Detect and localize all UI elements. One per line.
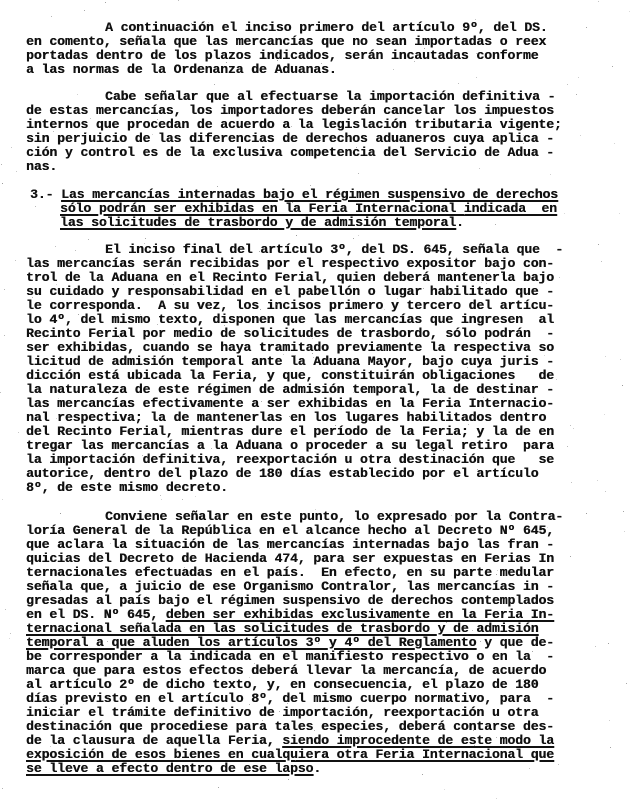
text-line: ción y control es de la exclusiva compet… — [26, 146, 554, 160]
text-segment: la naturaleza de este régimen de admisió… — [26, 382, 554, 397]
scan-noise — [148, 541, 149, 542]
scan-noise — [157, 324, 158, 325]
scan-noise — [50, 746, 51, 747]
text-line: la naturaleza de este régimen de admisió… — [26, 383, 554, 397]
scan-noise — [443, 450, 444, 451]
scan-noise — [355, 568, 356, 569]
text-line: a las normas de la Ordenanza de Aduanas. — [26, 63, 337, 77]
scan-noise — [468, 424, 469, 425]
scan-noise — [472, 673, 473, 674]
text-segment: ción y control es de la exclusiva compet… — [26, 145, 554, 160]
scan-noise — [386, 435, 387, 436]
scan-noise — [472, 630, 473, 631]
scan-noise — [491, 558, 492, 559]
scan-noise — [277, 72, 278, 73]
scan-noise — [62, 627, 63, 628]
scan-noise — [250, 218, 251, 219]
scan-noise — [110, 543, 111, 544]
scan-noise — [473, 730, 474, 731]
scan-noise — [295, 100, 296, 101]
text-segment: El inciso final del artículo 3º, del DS.… — [105, 242, 563, 257]
scan-noise — [558, 764, 559, 765]
scan-noise — [312, 338, 313, 339]
text-segment: marca que para estos efectos deberá llev… — [26, 663, 546, 678]
text-segment: dicción está ubicada la Feria, y que, co… — [26, 368, 554, 383]
scan-noise — [194, 195, 195, 196]
scan-noise — [475, 19, 476, 20]
scan-noise — [223, 530, 224, 531]
scan-noise — [31, 756, 32, 757]
scan-noise — [435, 107, 436, 108]
text-line: la importación definitiva, reexportación… — [26, 453, 554, 467]
text-segment: la importación definitiva, reexportación… — [26, 452, 554, 467]
scan-noise — [332, 253, 333, 254]
scan-noise — [299, 584, 300, 585]
scan-noise — [532, 651, 533, 652]
text-line: señala que, a juicio de ese Organismo Co… — [26, 580, 554, 594]
text-line: sin perjuicio de las diferencias de dere… — [26, 132, 554, 146]
scan-noise — [620, 359, 621, 360]
text-segment: nal respectiva; la de mantenerlas en los… — [26, 410, 546, 425]
scan-noise — [477, 469, 478, 470]
text-line: su cuidado y responsabilidad en el pabel… — [26, 285, 554, 299]
text-segment: be corresponder a la indicada en el mani… — [26, 649, 554, 664]
scan-noise — [605, 356, 606, 357]
text-segment: al artículo 2º de dicho texto, y, en con… — [26, 677, 538, 692]
text-segment: del Recinto Ferial, mientras dure el per… — [26, 424, 554, 439]
scan-noise — [211, 448, 212, 449]
scan-noise — [429, 570, 430, 571]
scan-noise — [173, 284, 174, 285]
scan-noise — [608, 643, 609, 644]
text-segment: portadas dentro de los plazos indicados,… — [26, 48, 538, 63]
scan-noise — [567, 446, 568, 447]
text-line: que aclara la situación de las mercancía… — [26, 538, 554, 552]
text-segment: lo 4º, del mismo texto, disponen que las… — [26, 312, 554, 327]
text-line: de estas mercancías, los importadores de… — [26, 104, 554, 118]
scan-noise — [60, 590, 61, 591]
scan-noise — [573, 428, 574, 429]
underlined-text: exposición de esos bienes en cualquiera … — [26, 747, 554, 762]
scan-noise — [295, 355, 296, 356]
scan-noise — [422, 774, 423, 775]
scan-noise — [290, 697, 291, 698]
scan-noise — [218, 787, 219, 788]
scan-noise — [184, 567, 185, 568]
text-segment: días previsto en el artículo 8º, del mis… — [26, 691, 554, 706]
text-line: Cabe señalar que al efectuarse la import… — [105, 90, 555, 104]
text-segment: en comento, señala que las mercancías qu… — [26, 34, 546, 49]
scan-noise — [503, 108, 504, 109]
text-line: loría General de la República en el alca… — [26, 524, 554, 538]
scan-noise — [277, 60, 278, 61]
scan-noise — [296, 431, 297, 432]
scan-noise — [61, 589, 62, 590]
text-line: en comento, señala que las mercancías qu… — [26, 35, 546, 49]
text-segment: Conviene señalar en este punto, lo expre… — [105, 509, 563, 524]
scan-noise — [523, 143, 524, 144]
scan-noise — [379, 323, 380, 324]
scan-noise — [550, 174, 551, 175]
text-segment: Cabe señalar que al efectuarse la import… — [105, 89, 555, 104]
text-line: Conviene señalar en este punto, lo expre… — [105, 510, 563, 524]
text-segment: y que de- — [476, 635, 554, 650]
text-segment: su cuidado y responsabilidad en el pabel… — [26, 284, 554, 299]
scan-noise — [288, 779, 289, 780]
scan-noise — [283, 354, 284, 355]
scan-noise — [287, 703, 288, 704]
scan-noise — [43, 337, 44, 338]
text-line: las solicitudes de trasbordo y de admisi… — [60, 216, 464, 230]
scan-noise — [261, 401, 262, 402]
underlined-text: siendo improcedente de este modo la — [282, 733, 554, 748]
scan-noise — [154, 98, 155, 99]
scanned-document-page: A continuación el inciso primero del art… — [0, 0, 630, 806]
scan-noise — [249, 704, 250, 705]
text-segment: en el DS. Nº 645, — [26, 607, 166, 622]
scan-noise — [310, 185, 311, 186]
underlined-text: sólo podrán ser exhibidas en la Feria In… — [60, 201, 557, 216]
scan-noise — [424, 48, 425, 49]
scan-noise — [107, 641, 108, 642]
scan-noise — [59, 475, 60, 476]
scan-noise — [353, 392, 354, 393]
scan-noise — [258, 229, 259, 230]
text-line: marca que para estos efectos deberá llev… — [26, 664, 546, 678]
scan-noise — [476, 77, 477, 78]
scan-noise — [63, 704, 64, 705]
scan-noise — [15, 260, 16, 261]
underlined-text: las solicitudes de trasbordo y de admisi… — [60, 215, 456, 230]
scan-noise — [609, 720, 610, 721]
scan-noise — [262, 720, 263, 721]
scan-noise — [547, 527, 548, 528]
scan-noise — [423, 226, 424, 227]
text-line: ternacionales efectuadas en el país. En … — [26, 566, 554, 580]
text-segment: A continuación el inciso primero del art… — [105, 20, 548, 35]
scan-noise — [315, 509, 316, 510]
text-segment: . — [456, 215, 464, 230]
scan-noise — [214, 84, 215, 85]
scan-noise — [68, 385, 69, 386]
scan-noise — [84, 10, 85, 11]
scan-noise — [49, 708, 50, 709]
scan-noise — [2, 183, 3, 184]
scan-noise — [496, 737, 497, 738]
text-line: exposición de esos bienes en cualquiera … — [26, 748, 554, 762]
scan-noise — [496, 798, 497, 799]
scan-noise — [458, 83, 459, 84]
text-line: quicias del Decreto de Hacienda 474, par… — [26, 552, 554, 566]
scan-noise — [342, 545, 343, 546]
text-line: se lleve a efecto dentro de ese lapso. — [26, 762, 321, 776]
scan-noise — [0, 392, 1, 393]
scan-noise — [289, 416, 290, 417]
scan-noise — [259, 251, 260, 252]
scan-noise — [157, 251, 158, 252]
text-line: portadas dentro de los plazos indicados,… — [26, 49, 538, 63]
scan-noise — [622, 385, 623, 386]
scan-noise — [77, 94, 78, 95]
scan-noise — [149, 598, 150, 599]
scan-noise — [401, 527, 402, 528]
scan-noise — [84, 658, 85, 659]
scan-noise — [224, 325, 225, 326]
scan-noise — [470, 516, 471, 517]
scan-noise — [481, 282, 482, 283]
scan-noise — [140, 314, 141, 315]
text-segment: señala que, a juicio de ese Organismo Co… — [26, 579, 554, 594]
scan-noise — [260, 309, 261, 310]
scan-noise — [53, 131, 54, 132]
scan-noise — [456, 474, 457, 475]
text-segment: a las normas de la Ordenanza de Aduanas. — [26, 62, 337, 77]
text-line: nas. — [26, 160, 57, 174]
text-segment: internos que procedan de acuerdo a la le… — [26, 117, 562, 132]
scan-noise — [312, 353, 313, 354]
scan-noise — [153, 357, 154, 358]
scan-noise — [157, 119, 158, 120]
scan-noise — [81, 262, 82, 263]
scan-noise — [304, 53, 305, 54]
text-line: le corresponda. A su vez, los incisos pr… — [26, 299, 554, 313]
text-line: 8º, de este mismo decreto. — [26, 481, 228, 495]
text-line: temporal a que aluden los artículos 3º y… — [26, 636, 554, 650]
scan-noise — [80, 587, 81, 588]
scan-noise — [89, 304, 90, 305]
underlined-text: deben ser exhibidas exclusivamente en la… — [166, 607, 554, 622]
scan-noise — [70, 264, 71, 265]
scan-noise — [444, 789, 445, 790]
scan-noise — [465, 272, 466, 273]
scan-noise — [595, 646, 596, 647]
scan-noise — [86, 132, 87, 133]
scan-noise — [296, 235, 297, 236]
scan-noise — [10, 633, 11, 634]
scan-noise — [414, 61, 415, 62]
scan-noise — [156, 193, 157, 194]
scan-noise — [146, 596, 147, 597]
text-segment: 3.- — [30, 187, 61, 202]
scan-noise — [456, 257, 457, 258]
scan-noise — [426, 749, 427, 750]
scan-noise — [135, 317, 136, 318]
scan-noise — [76, 358, 77, 359]
text-line: lo 4º, del mismo texto, disponen que las… — [26, 313, 554, 327]
scan-noise — [416, 396, 417, 397]
scan-noise — [580, 135, 581, 136]
scan-noise — [311, 41, 312, 42]
scan-noise — [321, 333, 322, 334]
scan-noise — [318, 643, 319, 644]
text-segment: ser exhibidas, cuando se haya tramitado … — [26, 340, 554, 355]
text-segment: sin perjuicio de las diferencias de dere… — [26, 131, 554, 146]
scan-noise — [321, 63, 322, 64]
scan-noise — [371, 278, 372, 279]
scan-noise — [147, 198, 148, 199]
scan-noise — [556, 379, 557, 380]
scan-noise — [413, 416, 414, 417]
scan-noise — [2, 788, 3, 789]
scan-noise — [313, 357, 314, 358]
scan-noise — [353, 238, 354, 239]
text-line: Recinto Ferial por medio de solicitudes … — [26, 327, 554, 341]
scan-noise — [2, 499, 3, 500]
scan-noise — [58, 398, 59, 399]
text-line: sólo podrán ser exhibidas en la Feria In… — [60, 202, 557, 216]
scan-noise — [249, 677, 250, 678]
underlined-text: se lleve a efecto dentro de ese lapso — [26, 761, 313, 776]
scan-noise — [51, 16, 52, 17]
scan-noise — [474, 745, 475, 746]
scan-noise — [502, 274, 503, 275]
scan-noise — [486, 283, 487, 284]
scan-noise — [349, 525, 350, 526]
text-line: tregar las mercancías a la Aduana o proc… — [26, 439, 554, 453]
text-segment: 8º, de este mismo decreto. — [26, 480, 228, 495]
text-segment: iniciar el trámite definitivo de importa… — [26, 705, 538, 720]
scan-noise — [35, 206, 36, 207]
scan-noise — [576, 94, 577, 95]
scan-noise — [570, 425, 571, 426]
scan-noise — [55, 246, 56, 247]
scan-noise — [100, 741, 101, 742]
scan-noise — [451, 515, 452, 516]
scan-noise — [195, 496, 196, 497]
scan-noise — [314, 730, 315, 731]
scan-noise — [597, 480, 598, 481]
scan-noise — [276, 304, 277, 305]
scan-noise — [358, 173, 359, 174]
text-line: del Recinto Ferial, mientras dure el per… — [26, 425, 554, 439]
scan-noise — [161, 499, 162, 500]
scan-noise — [323, 729, 324, 730]
scan-noise — [111, 56, 112, 57]
scan-noise — [384, 309, 385, 310]
scan-noise — [624, 531, 625, 532]
scan-noise — [419, 567, 420, 568]
scan-noise — [623, 511, 624, 512]
scan-noise — [479, 168, 480, 169]
scan-noise — [612, 66, 613, 67]
text-line: al artículo 2º de dicho texto, y, en con… — [26, 678, 538, 692]
scan-noise — [75, 250, 76, 251]
text-segment: ternacionales efectuadas en el país. En … — [26, 565, 554, 580]
scan-noise — [567, 84, 568, 85]
scan-noise — [153, 41, 154, 42]
text-line: las mercancías serán recibidas por el re… — [26, 257, 554, 271]
scan-noise — [601, 261, 602, 262]
scan-noise — [105, 222, 106, 223]
scan-noise — [75, 724, 76, 725]
scan-noise — [145, 238, 146, 239]
scan-noise — [529, 768, 530, 769]
scan-noise — [292, 202, 293, 203]
text-segment: de estas mercancías, los importadores de… — [26, 103, 554, 118]
scan-noise — [16, 171, 17, 172]
scan-noise — [476, 53, 477, 54]
text-line: internos que procedan de acuerdo a la le… — [26, 118, 562, 132]
scan-noise — [93, 290, 94, 291]
text-segment: loría General de la República en el alca… — [26, 523, 554, 538]
scan-noise — [368, 106, 369, 107]
text-segment: trol de la Aduana en el Recinto Ferial, … — [26, 270, 554, 285]
text-line: ser exhibidas, cuando se haya tramitado … — [26, 341, 554, 355]
scan-noise — [626, 683, 627, 684]
scan-noise — [56, 418, 57, 419]
scan-noise — [571, 482, 572, 483]
scan-noise — [578, 77, 579, 78]
scan-noise — [142, 455, 143, 456]
text-line: ternacional señalada en las solicitudes … — [26, 622, 538, 636]
scan-noise — [426, 135, 427, 136]
scan-noise — [182, 499, 183, 500]
scan-noise — [217, 186, 218, 187]
text-line: iniciar el trámite definitivo de importa… — [26, 706, 538, 720]
scan-noise — [56, 284, 57, 285]
scan-noise — [283, 72, 284, 73]
scan-noise — [1, 164, 2, 165]
scan-noise — [393, 69, 394, 70]
scan-noise — [586, 27, 587, 28]
scan-noise — [279, 711, 280, 712]
text-line: dicción está ubicada la Feria, y que, co… — [26, 369, 554, 383]
scan-noise — [245, 148, 246, 149]
text-segment: gresadas al país bajo el régimen suspens… — [26, 593, 554, 608]
scan-noise — [78, 314, 79, 315]
scan-noise — [496, 574, 497, 575]
scan-noise — [335, 425, 336, 426]
text-segment: autorice, dentro del plazo de 180 días e… — [26, 466, 538, 481]
underlined-text: temporal a que aluden los artículos 3º y… — [26, 635, 476, 650]
scan-noise — [75, 204, 76, 205]
text-line: nal respectiva; la de mantenerlas en los… — [26, 411, 546, 425]
text-line: licitud de admisión temporal ante la Adu… — [26, 355, 554, 369]
scan-noise — [160, 495, 161, 496]
text-segment: las mercancías efectivamente a ser exhib… — [26, 396, 554, 411]
scan-noise — [358, 235, 359, 236]
scan-noise — [495, 224, 496, 225]
scan-noise — [88, 239, 89, 240]
scan-noise — [365, 274, 366, 275]
scan-noise — [544, 355, 545, 356]
text-line: El inciso final del artículo 3º, del DS.… — [105, 243, 563, 257]
scan-noise — [397, 298, 398, 299]
scan-noise — [467, 367, 468, 368]
scan-noise — [105, 2, 106, 3]
scan-noise — [144, 243, 145, 244]
scan-noise — [259, 548, 260, 549]
scan-noise — [610, 747, 611, 748]
scan-noise — [586, 513, 587, 514]
scan-noise — [32, 297, 33, 298]
scan-noise — [598, 1, 599, 2]
scan-noise — [254, 663, 255, 664]
scan-noise — [423, 288, 424, 289]
text-line: días previsto en el artículo 8º, del mis… — [26, 692, 554, 706]
scan-noise — [90, 118, 91, 119]
scan-noise — [364, 517, 365, 518]
text-segment: Recinto Ferial por medio de solicitudes … — [26, 326, 554, 341]
scan-noise — [5, 609, 6, 610]
scan-noise — [523, 135, 524, 136]
text-line: A continuación el inciso primero del art… — [105, 21, 548, 35]
scan-noise — [291, 126, 292, 127]
scan-noise — [604, 414, 605, 415]
scan-noise — [464, 214, 465, 215]
text-segment: que aclara la situación de las mercancía… — [26, 537, 554, 552]
scan-noise — [152, 134, 153, 135]
